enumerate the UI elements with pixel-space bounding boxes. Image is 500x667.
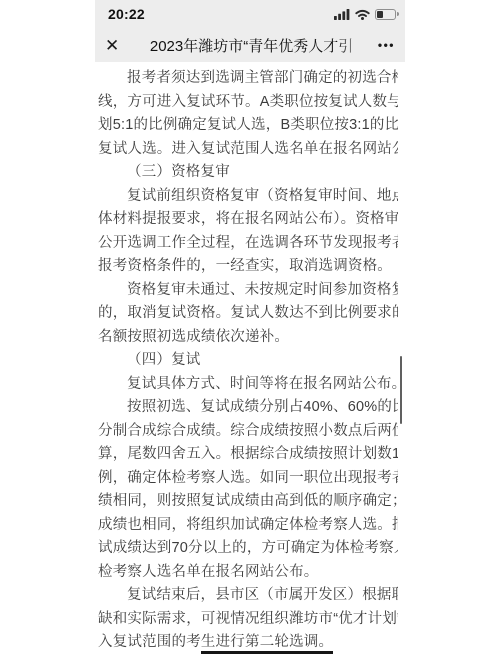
close-icon[interactable]: ✕ [105,37,119,54]
text-line: 名额按照初选成绩依次递补。 [98,326,398,350]
nav-bar: ✕ 2023年潍坊市“青年优秀人才引 ••• [95,28,405,62]
more-menu-icon[interactable]: ••• [378,39,395,51]
text-line: 复试前组织资格复审（资格复审时间、地点和具 [98,185,398,209]
battery-icon [375,9,396,20]
status-time: 20:22 [108,6,145,22]
text-line: 按照初选、复试成绩分别占40%、60%的比例百 [98,396,398,420]
text-line: 报考者须达到选调主管部门确定的初选合格分数 [98,67,398,91]
text-line: 体材料提报要求，将在报名网站公布）。资格审查贯穿 [98,208,398,232]
text-line: 例，确定体检考察人选。如同一职位出现报考者综合成 [98,467,398,491]
status-icons [334,9,396,20]
text-line: 缺和实际需求，可视情况组织潍坊市“优才计划”选调进 [98,608,398,632]
underlined-text: 生进行第二轮选调。 [201,634,333,654]
cellular-signal-icon [334,9,350,20]
text-line: 算，尾数四舍五入。根据综合成绩按照计划数1:1的比 [98,443,398,467]
text-line: 试成绩达到70分以上的，方可确定为体检考察人选。体 [98,537,398,561]
wifi-icon [355,9,370,20]
text-line: 复试结束后，县市区（市属开发区）根据职位空 [98,584,398,608]
article-content: 报考者须达到选调主管部门确定的初选合格分数 线，方可进入复试环节。A类职位按复试… [95,62,405,655]
text-line: 分制合成综合成绩。综合成绩按照小数点后两位数计 [98,420,398,444]
text-line: 报考资格条件的，一经查实，取消选调资格。 [98,255,398,279]
section-heading: （三）资格复审 [98,161,398,185]
page: 20:22 ✕ 2023年潍坊市“青年优秀人才引 ••• [0,0,500,667]
text-line: 线，方可进入复试环节。A类职位按复试人数与选调计 [98,91,398,115]
text-line: 入复试范围的考生进行第二轮选调。 [98,631,398,655]
text-line: 复试具体方式、时间等将在报名网站公布。 [98,373,398,397]
text-line: 复试人选。进入复试范围人选名单在报名网站公布。 [98,138,398,162]
text-line: 公开选调工作全过程，在选调各环节发现报考者不符合 [98,232,398,256]
text-line: 划5:1的比例确定复试人选，B类职位按3:1的比例确定 [98,114,398,138]
text-line: 成绩也相同，将组织加试确定体检考察人选。报考者复 [98,514,398,538]
page-title: 2023年潍坊市“青年优秀人才引 [125,35,372,56]
text-line-part: 入复试范围的考 [98,634,201,650]
phone-screenshot: 20:22 ✕ 2023年潍坊市“青年优秀人才引 ••• [95,0,405,667]
text-line: 检考察人选名单在报名网站公布。 [98,561,398,585]
scrollbar-thumb[interactable] [400,356,403,424]
text-line: 的，取消复试资格。复试人数达不到比例要求的，空缺 [98,302,398,326]
text-line: 资格复审未通过、未按规定时间参加资格复审 [98,279,398,303]
status-bar: 20:22 [95,0,405,28]
text-line: 绩相同，则按照复试成绩由高到低的顺序确定；如复试 [98,490,398,514]
section-heading: （四）复试 [98,349,398,373]
